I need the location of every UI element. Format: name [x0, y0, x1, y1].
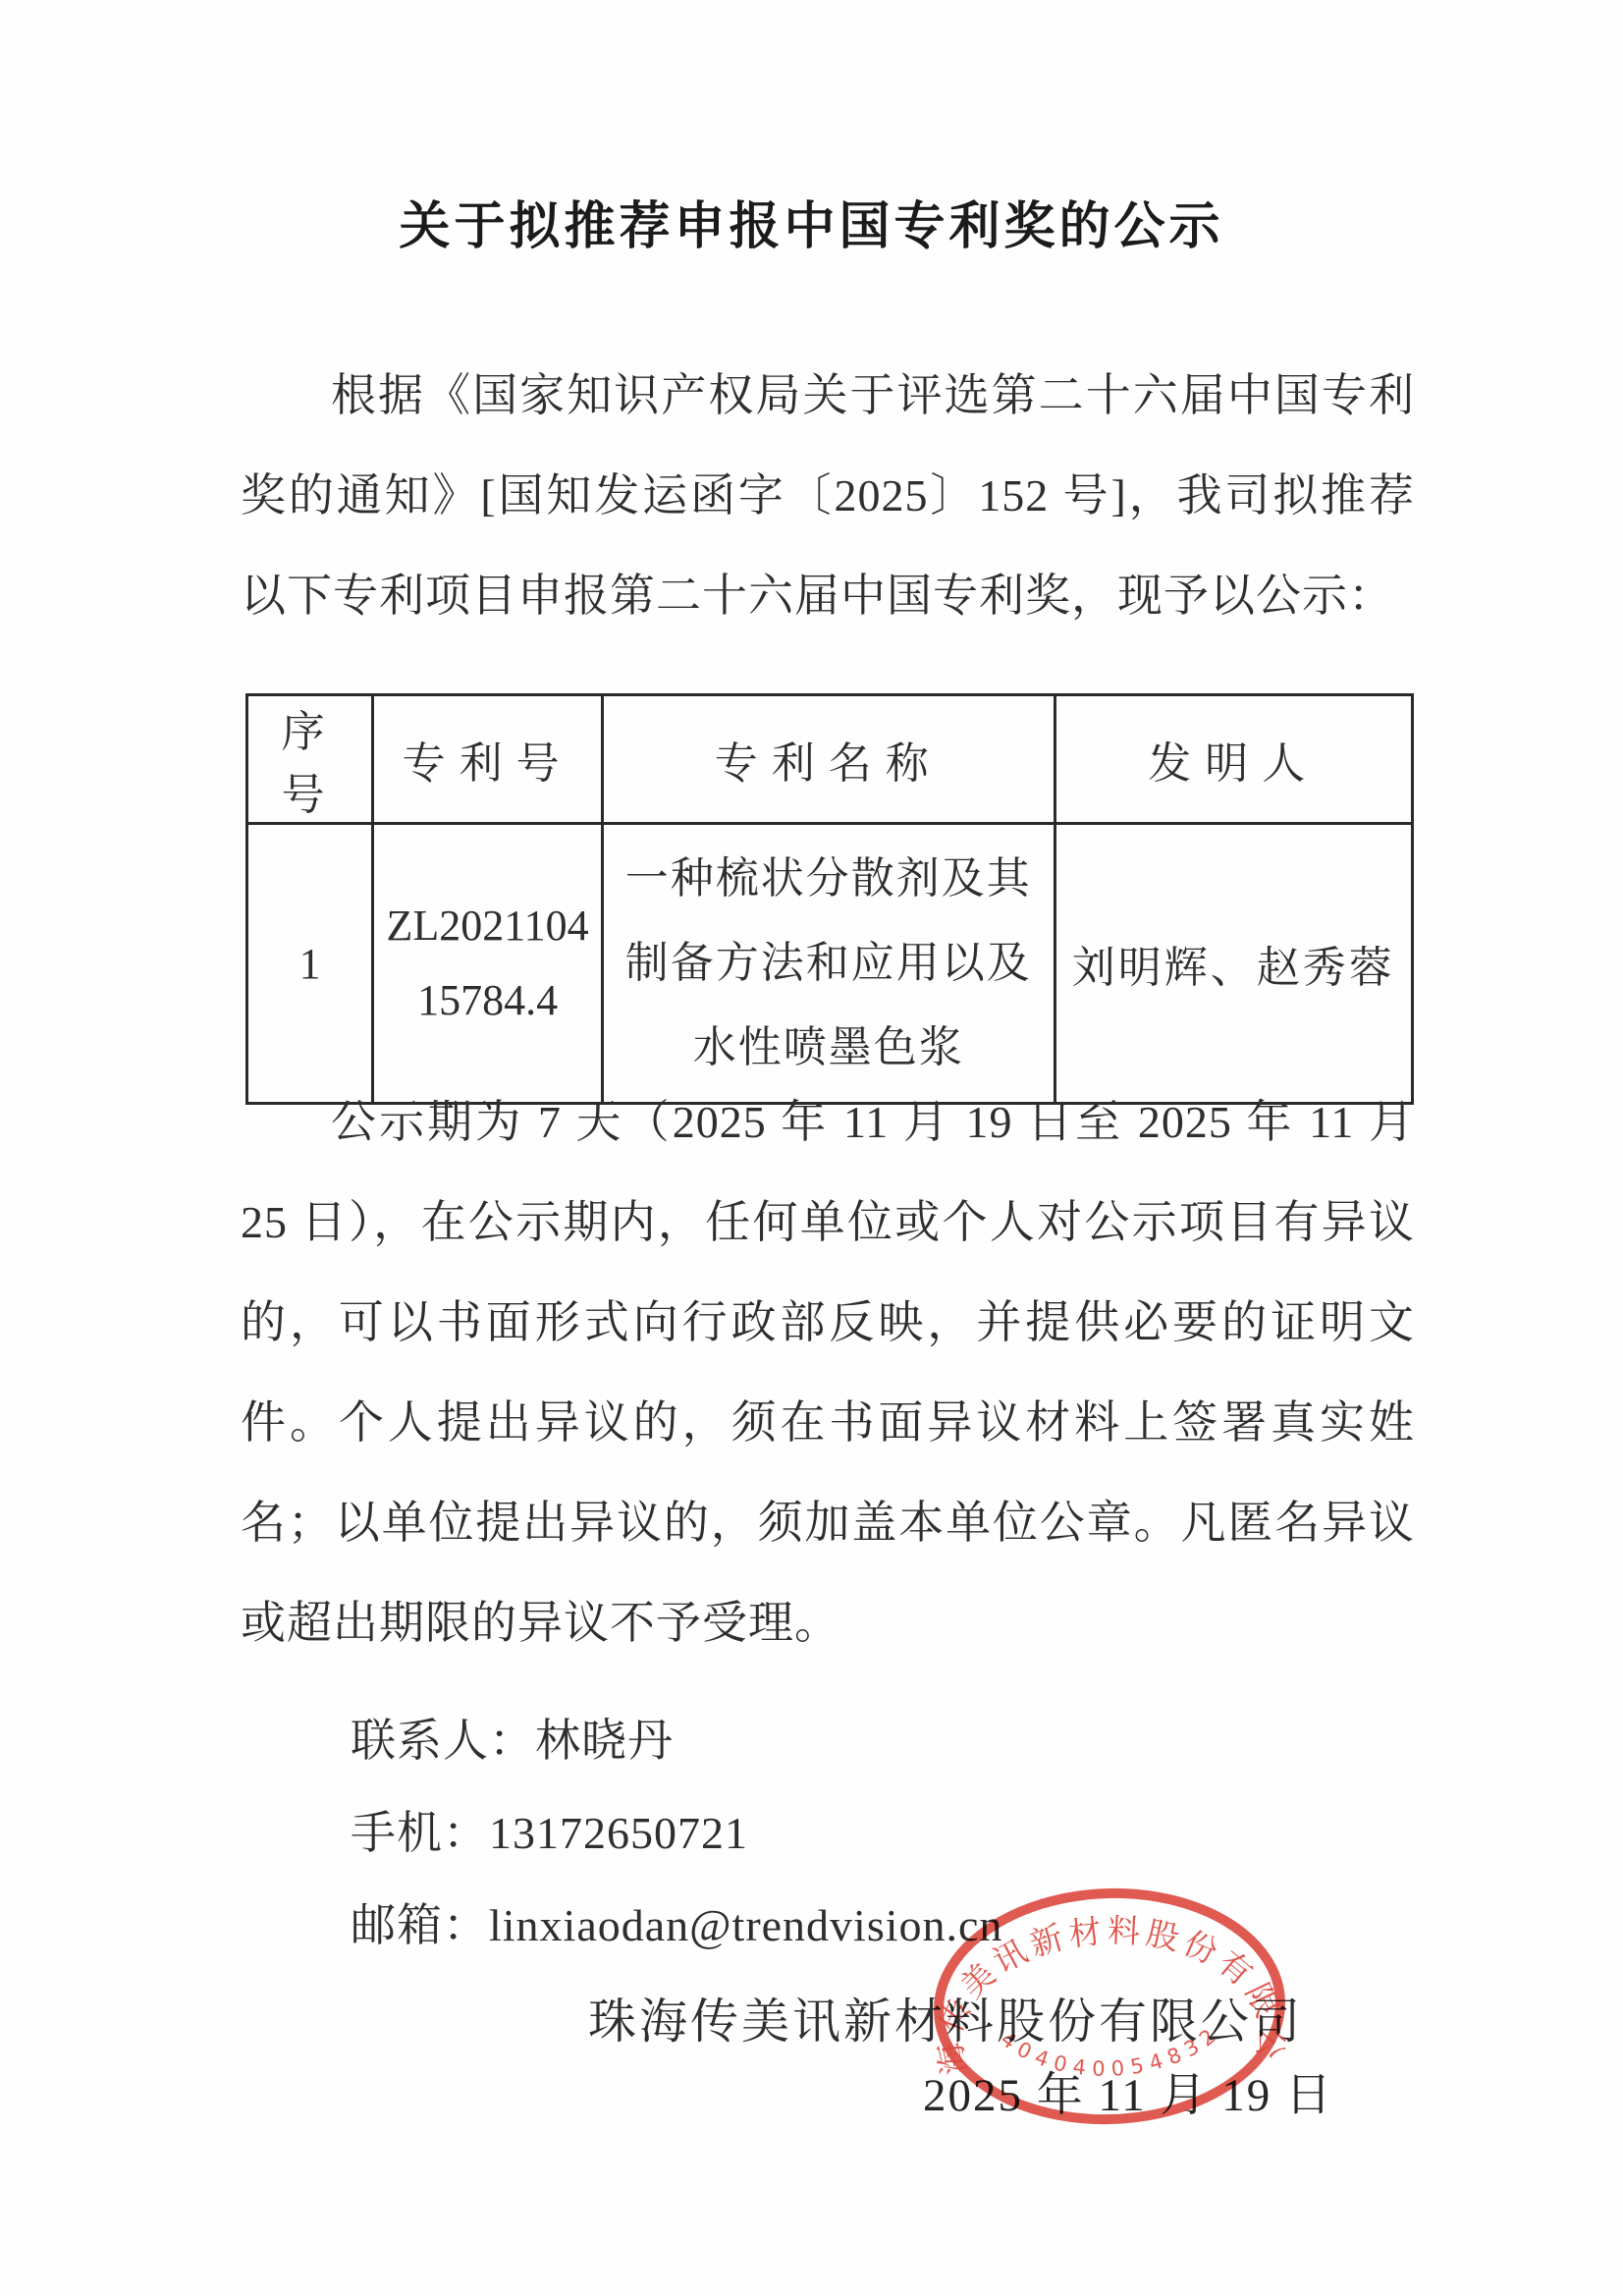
svg-text:珠海传美讯新材料股份有限公司: 珠海传美讯新材料股份有限公司 [925, 1878, 1290, 2079]
document-page: 关于拟推荐申报中国专利奖的公示 根据《国家知识产权局关于评选第二十六届中国专利奖… [0, 0, 1623, 2296]
cell-patent-name: 一种梳状分散剂及其 制备方法和应用以及 水性喷墨色浆 [603, 824, 1055, 1104]
header-inventors: 发明人 [1055, 695, 1412, 824]
company-seal-stamp: 珠海传美讯新材料股份有限公司 404040054832 [925, 1878, 1295, 2136]
svg-text:404040054832: 404040054832 [996, 2020, 1226, 2085]
contact-block: 联系人：林晓丹 手机：13172650721 邮箱：linxiaodan@tre… [351, 1695, 1002, 1972]
patent-no-line-2: 15784.4 [380, 963, 595, 1038]
patent-name-line-1: 一种梳状分散剂及其 [618, 837, 1040, 921]
patent-name-line-2: 制备方法和应用以及 [618, 921, 1040, 1006]
page-title: 关于拟推荐申报中国专利奖的公示 [0, 185, 1623, 258]
contact-email: 邮箱：linxiaodan@trendvision.cn [351, 1880, 1002, 1972]
header-patent-name: 专利名称 [603, 695, 1055, 824]
cell-index: 1 [247, 824, 373, 1104]
patent-table: 序号 专利号 专利名称 发明人 1 ZL2021104 15784.4 一种梳状… [245, 693, 1414, 1105]
seal-company-text: 珠海传美讯新材料股份有限公司 [925, 1878, 1290, 2079]
patent-no-lines: ZL2021104 15784.4 [380, 889, 595, 1038]
intro-paragraph: 根据《国家知识产权局关于评选第二十六届中国专利奖的通知》[国知发运函字〔2025… [241, 346, 1415, 646]
table-header-row: 序号 专利号 专利名称 发明人 [247, 695, 1413, 824]
patent-name-lines: 一种梳状分散剂及其 制备方法和应用以及 水性喷墨色浆 [618, 837, 1040, 1090]
contact-person: 联系人：林晓丹 [351, 1695, 1002, 1787]
notice-paragraph: 公示期为 7 天（2025 年 11 月 19 日至 2025 年 11 月 2… [241, 1072, 1415, 1673]
header-index: 序号 [247, 695, 373, 824]
cell-patent-no: ZL2021104 15784.4 [373, 824, 603, 1104]
header-patent-no: 专利号 [373, 695, 603, 824]
cell-inventors: 刘明辉、赵秀蓉 [1055, 824, 1412, 1104]
table-row: 1 ZL2021104 15784.4 一种梳状分散剂及其 制备方法和应用以及 … [247, 824, 1413, 1104]
contact-phone: 手机：13172650721 [351, 1787, 1002, 1880]
patent-no-line-1: ZL2021104 [380, 889, 595, 963]
seal-code-digits: 404040054832 [996, 2020, 1226, 2085]
